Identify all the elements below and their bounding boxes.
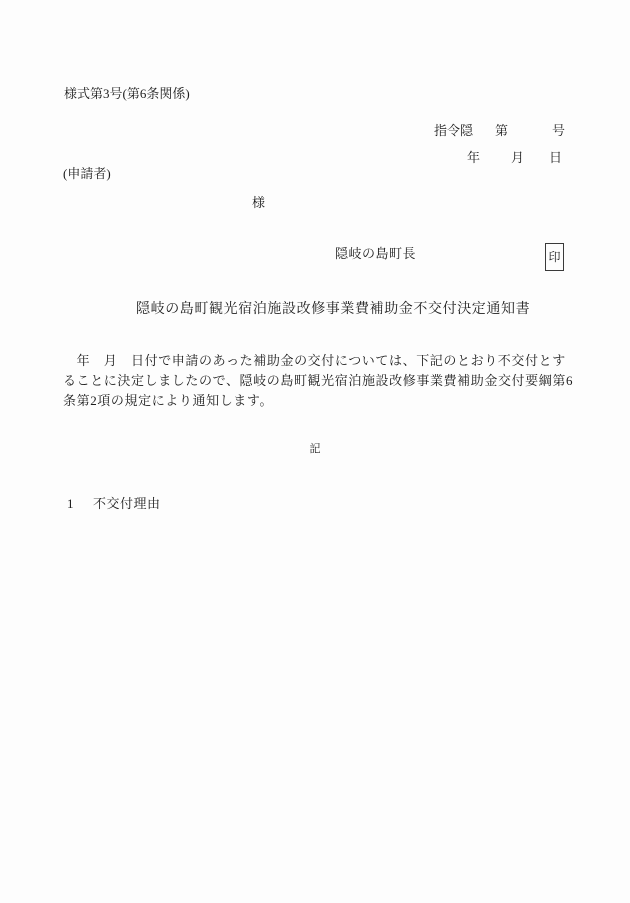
directive-go: 号	[552, 123, 565, 138]
honorific-sama: 様	[252, 196, 265, 209]
item-label: 不交付理由	[93, 497, 161, 510]
form-number: 様式第3号(第6条関係)	[64, 87, 190, 100]
body-line: 年 月 日付で申請のあった補助金の交付については、下記のとおり不交付とす	[63, 351, 575, 371]
seal-box: 印	[545, 243, 564, 271]
issuer-title: 隠岐の島町長	[335, 247, 416, 260]
document-title: 隠岐の島町観光宿泊施設改修事業費補助金不交付決定通知書	[136, 303, 530, 317]
seal-mark: 印	[548, 251, 560, 263]
date-line: 年月日	[454, 138, 562, 177]
body-line: 条第2項の規定により通知します。	[63, 391, 575, 411]
body-paragraph: 年 月 日付で申請のあった補助金の交付については、下記のとおり不交付とす ること…	[63, 351, 575, 411]
record-marker-ki: 記	[0, 444, 630, 455]
date-month: 月	[511, 150, 524, 165]
date-day: 日	[549, 150, 562, 165]
document-page: 様式第3号(第6条関係) 指令隠第号 年月日 (申請者) 様 隠岐の島町長 印 …	[0, 0, 630, 903]
directive-prefix: 指令隠	[434, 123, 473, 138]
directive-dai: 第	[495, 123, 508, 138]
list-item-1: 1 不交付理由	[67, 497, 161, 510]
body-line: ることに決定しましたので、隠岐の島町観光宿泊施設改修事業費補助金交付要綱第6	[63, 371, 575, 391]
date-year: 年	[467, 150, 480, 165]
item-number: 1	[67, 497, 93, 510]
applicant-label: (申請者)	[63, 167, 111, 180]
